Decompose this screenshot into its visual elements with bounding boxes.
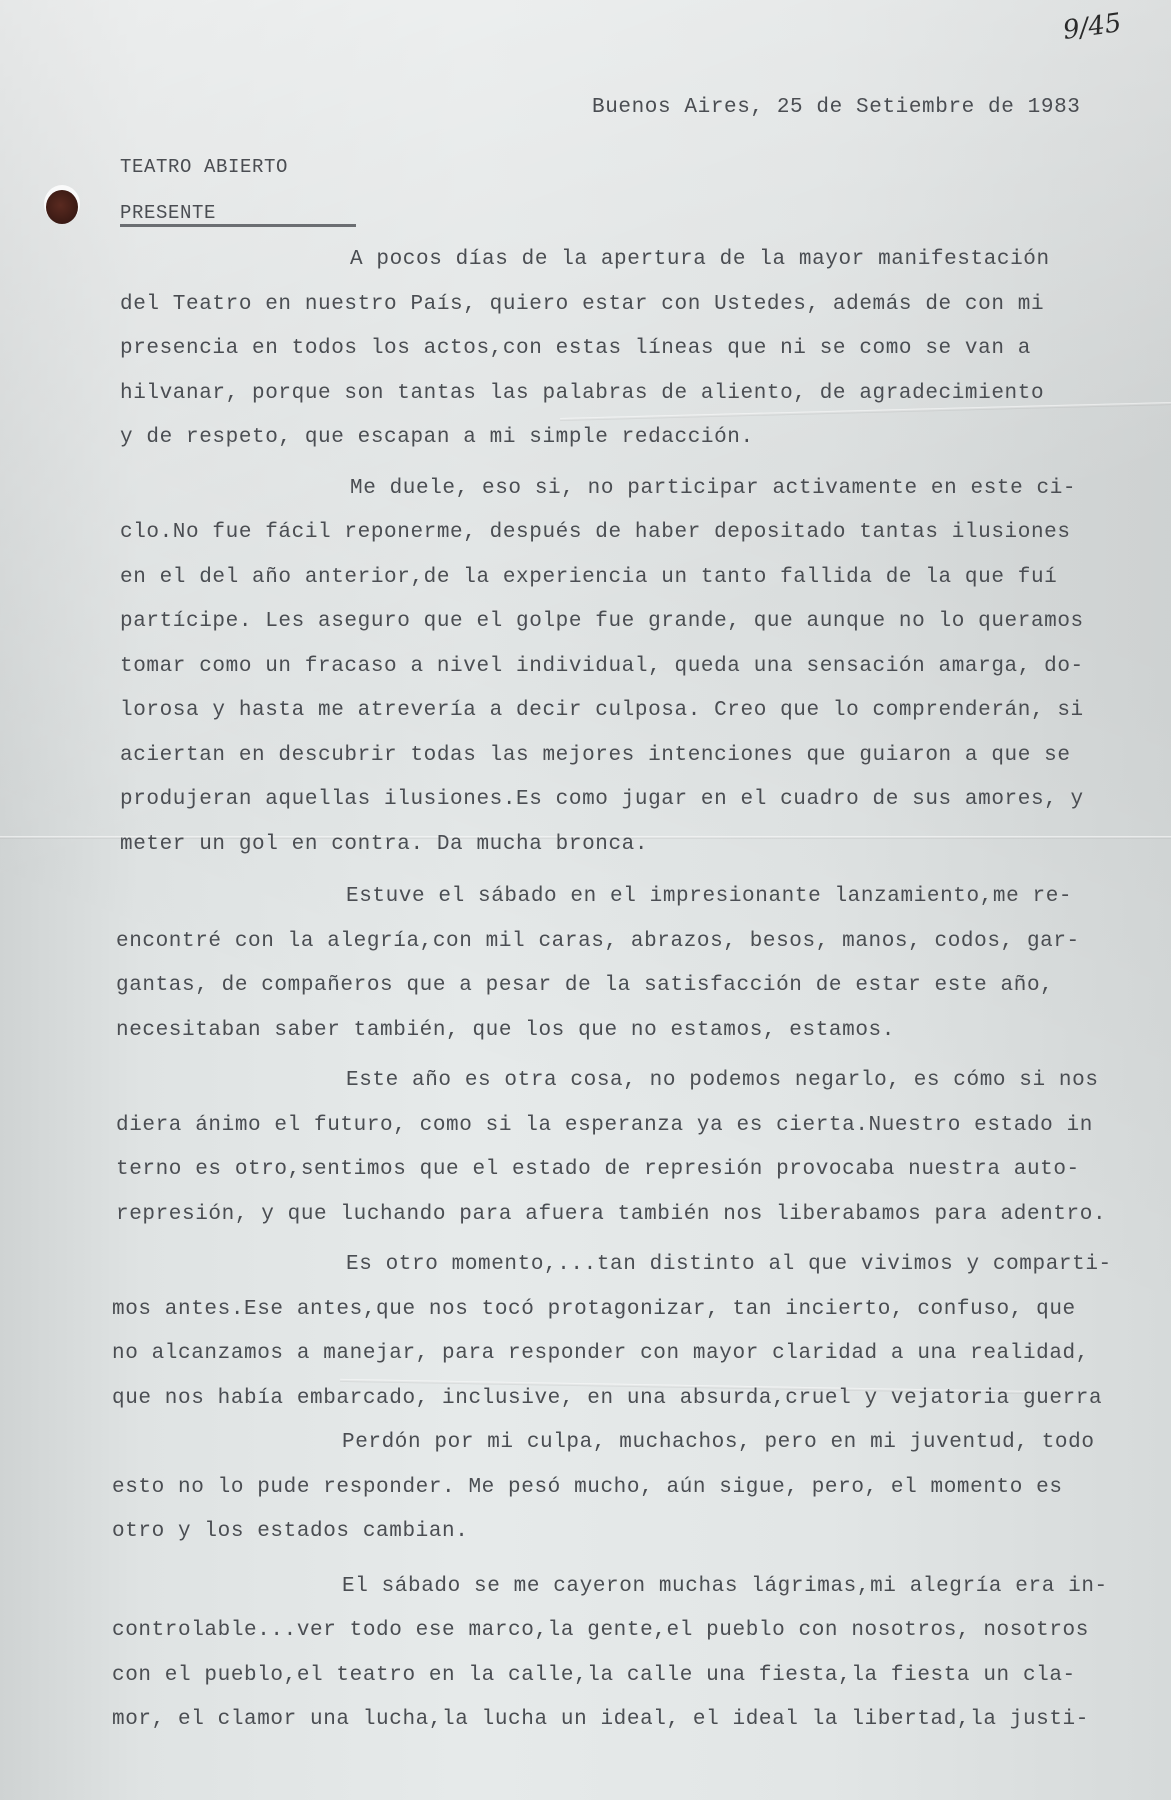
body-line: encontré con la alegría,con mil caras, a…	[116, 930, 1080, 953]
body-line: controlable...ver todo ese marco,la gent…	[112, 1619, 1089, 1642]
body-line: partícipe. Les aseguro que el golpe fue …	[120, 610, 1084, 633]
body-line: necesitaban saber también, que los que n…	[116, 1019, 895, 1042]
letter-page: 9/45 Buenos Aires, 25 de Setiembre de 19…	[0, 0, 1171, 1800]
body-line: hilvanar, porque son tantas las palabras…	[120, 382, 1044, 405]
body-line: gantas, de compañeros que a pesar de la …	[116, 974, 1053, 997]
paragraph-first-line: Este año es otra cosa, no podemos negarl…	[346, 1069, 1099, 1092]
body-line: y de respeto, que escapan a mi simple re…	[120, 426, 754, 449]
body-line: mos antes.Ese antes,que nos tocó protago…	[112, 1298, 1076, 1321]
date-line: Buenos Aires, 25 de Setiembre de 1983	[592, 96, 1080, 119]
paragraph-first-line: Me duele, eso si, no participar activame…	[350, 477, 1076, 500]
body-line: presencia en todos los actos,con estas l…	[120, 337, 1031, 360]
paragraph-first-line: Perdón por mi culpa, muchachos, pero en …	[342, 1431, 1095, 1454]
body-line: lorosa y hasta me atrevería a decir culp…	[120, 699, 1084, 722]
body-line: mor, el clamor una lucha,la lucha un ide…	[112, 1708, 1089, 1731]
body-line: otro y los estados cambian.	[112, 1520, 468, 1543]
salutation: PRESENTE	[120, 202, 216, 224]
paragraph-first-line: El sábado se me cayeron muchas lágrimas,…	[342, 1575, 1108, 1598]
body-line: clo.No fue fácil reponerme, después de h…	[120, 521, 1071, 544]
recipient: TEATRO ABIERTO	[120, 156, 288, 178]
paragraph-first-line: A pocos días de la apertura de la mayor …	[350, 248, 1050, 271]
body-line: tomar como un fracaso a nivel individual…	[120, 655, 1084, 678]
body-line: no alcanzamos a manejar, para responder …	[112, 1342, 1089, 1365]
salutation-underline	[120, 224, 356, 227]
page-number: 9/45	[1061, 8, 1123, 46]
body-line: aciertan en descubrir todas las mejores …	[120, 744, 1071, 767]
punch-hole	[46, 190, 78, 224]
body-line: produjeran aquellas ilusiones.Es como ju…	[120, 788, 1084, 811]
body-line: meter un gol en contra. Da mucha bronca.	[120, 833, 648, 856]
body-line: del Teatro en nuestro País, quiero estar…	[120, 293, 1044, 316]
paragraph-first-line: Estuve el sábado en el impresionante lan…	[346, 885, 1072, 908]
body-line: que nos había embarcado, inclusive, en u…	[112, 1387, 1102, 1410]
body-line: terno es otro,sentimos que el estado de …	[116, 1158, 1080, 1181]
body-line: en el del año anterior,de la experiencia…	[120, 566, 1057, 589]
body-line: diera ánimo el futuro, como si la espera…	[116, 1114, 1093, 1137]
body-line: represión, y que luchando para afuera ta…	[116, 1203, 1106, 1226]
body-line: esto no lo pude responder. Me pesó mucho…	[112, 1476, 1063, 1499]
body-line: con el pueblo,el teatro en la calle,la c…	[112, 1664, 1076, 1687]
paragraph-first-line: Es otro momento,...tan distinto al que v…	[346, 1253, 1112, 1276]
